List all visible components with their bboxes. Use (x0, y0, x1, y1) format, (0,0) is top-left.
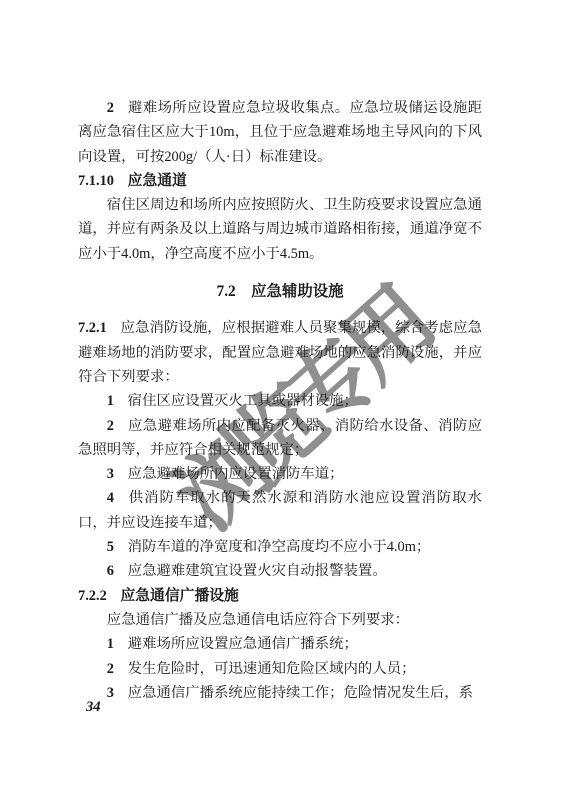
list-item: 3应急避难场所内应设置消防车道； (78, 462, 482, 486)
list-item: 1避难场所应设置应急通信广播系统； (78, 632, 482, 656)
clause-number: 7.1.10 (78, 173, 114, 189)
item-number: 2 (107, 661, 114, 677)
clause-heading-7-1-10: 7.1.10应急通道 (78, 169, 482, 193)
paragraph-text: 宿住区周边和场所内应按照防火、卫生防疫要求设置应急通道，并应有两条及以上道路与周… (78, 197, 482, 262)
page-number: 34 (86, 699, 101, 716)
page-content: 2避难场所应设置应急垃圾收集点。应急垃圾储运设施距离应急宿住区应大于10m，且位… (78, 96, 482, 705)
clause-title: 应急通道 (128, 173, 187, 189)
clause-number: 7.2.1 (78, 320, 107, 336)
paragraph: 应急通信广播及应急通信电话应符合下列要求： (78, 608, 482, 632)
clause-text: 应急消防设施，应根据避难人员聚集规模，综合考虑应急避难场地的消防要求，配置应急避… (78, 320, 482, 385)
clause-number: 7.2.2 (78, 588, 107, 604)
item-text: 应急避难建筑宜设置火灾自动报警装置。 (128, 563, 387, 579)
item-text: 应急通信广播系统应能持续工作；危险情况发生后，系 (128, 685, 473, 701)
item-number: 2 (107, 100, 114, 116)
item-text: 应急避难场所内应设置消防车道； (128, 466, 344, 482)
list-item: 6应急避难建筑宜设置火灾自动报警装置。 (78, 559, 482, 583)
numbered-item: 2避难场所应设置应急垃圾收集点。应急垃圾储运设施距离应急宿住区应大于10m，且位… (78, 96, 482, 169)
list-item: 2应急避难场所内应配备灭火器、消防给水设备、消防应急照明等，并应符合相关规范规定… (78, 414, 482, 463)
item-text: 避难场所应设置应急通信广播系统； (128, 636, 358, 652)
item-text: 发生危险时，可迅速通知危险区域内的人员； (128, 661, 416, 677)
item-number: 6 (107, 563, 114, 579)
paragraph-text: 应急通信广播及应急通信电话应符合下列要求： (107, 612, 409, 628)
document-page: 浏览专用 2避难场所应设置应急垃圾收集点。应急垃圾储运设施距离应急宿住区应大于1… (0, 0, 561, 804)
list-item: 5消防车道的净宽度和净空高度均不应小于4.0m； (78, 535, 482, 559)
item-number: 4 (107, 490, 114, 506)
list-item: 1宿住区应设置灭火工具或器材设施； (78, 389, 482, 413)
item-number: 2 (107, 418, 114, 434)
item-number: 3 (107, 685, 114, 701)
clause-paragraph-7-2-1: 7.2.1应急消防设施，应根据避难人员聚集规模，综合考虑应急避难场地的消防要求，… (78, 316, 482, 389)
section-title: 应急辅助设施 (251, 283, 343, 300)
item-number: 1 (107, 393, 114, 409)
item-text: 宿住区应设置灭火工具或器材设施； (128, 393, 358, 409)
list-item: 3应急通信广播系统应能持续工作；危险情况发生后，系 (78, 681, 482, 705)
list-item: 4供消防车取水的天然水源和消防水池应设置消防取水口，并应设连接车道； (78, 486, 482, 535)
item-text: 消防车道的净宽度和净空高度均不应小于4.0m； (128, 539, 431, 555)
item-text: 供消防车取水的天然水源和消防水池应设置消防取水口，并应设连接车道； (78, 490, 482, 530)
item-number: 1 (107, 636, 114, 652)
section-number: 7.2 (217, 283, 236, 300)
list-item: 2发生危险时，可迅速通知危险区域内的人员； (78, 657, 482, 681)
item-text: 避难场所应设置应急垃圾收集点。应急垃圾储运设施距离应急宿住区应大于10m，且位于… (78, 100, 482, 165)
item-number: 5 (107, 539, 114, 555)
paragraph: 宿住区周边和场所内应按照防火、卫生防疫要求设置应急通道，并应有两条及以上道路与周… (78, 193, 482, 266)
section-heading-7-2: 7.2应急辅助设施 (78, 280, 482, 304)
item-text: 应急避难场所内应配备灭火器、消防给水设备、消防应急照明等，并应符合相关规范规定； (78, 418, 482, 458)
clause-heading-7-2-2: 7.2.2应急通信广播设施 (78, 584, 482, 608)
clause-title: 应急通信广播设施 (120, 588, 238, 604)
item-number: 3 (107, 466, 114, 482)
